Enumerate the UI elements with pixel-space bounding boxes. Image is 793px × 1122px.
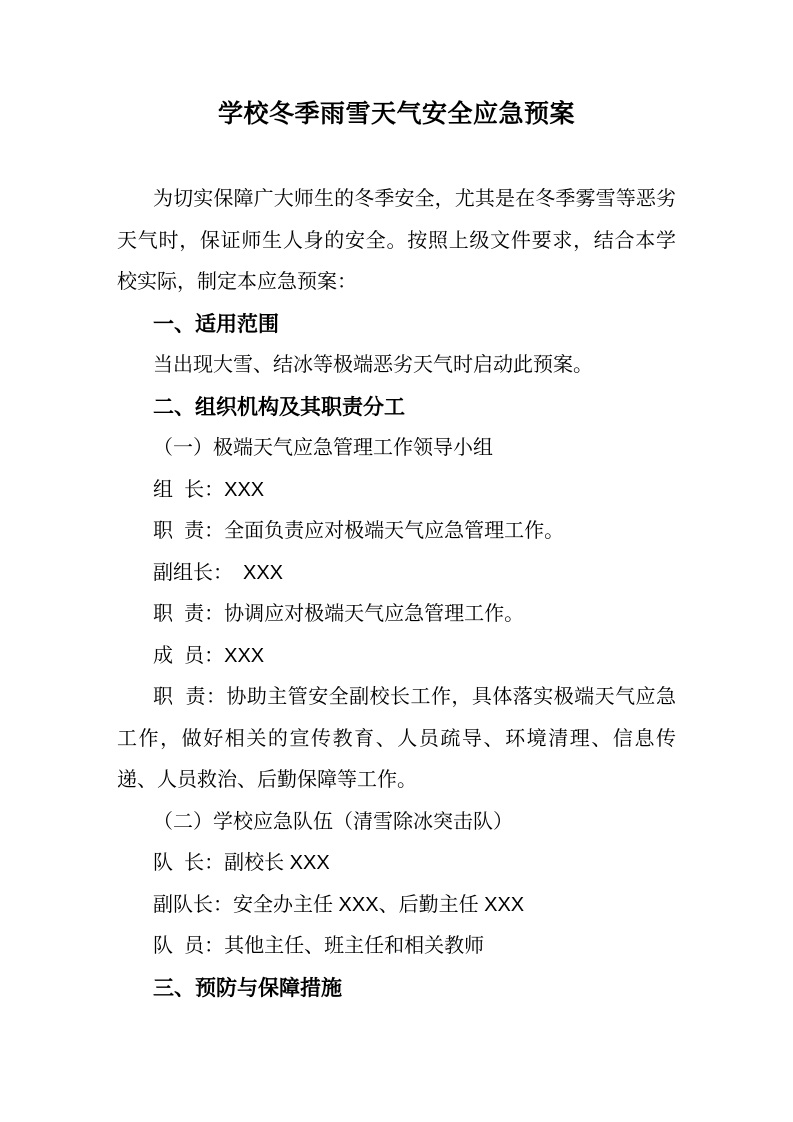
paragraph: 副组长： XXX	[117, 553, 676, 595]
paragraph: （一）极端天气应急管理工作领导小组	[117, 428, 676, 470]
document-body: 为切实保障广大师生的冬季安全，尤其是在冬季雾雪等恶劣天气时，保证师生人身的安全。…	[117, 179, 676, 1009]
paragraph: 职 责：全面负责应对极端天气应急管理工作。	[117, 511, 676, 553]
paragraph: 成 员：XXX	[117, 636, 676, 678]
document-title: 学校冬季雨雪天气安全应急预案	[0, 0, 793, 131]
section-heading: 三、预防与保障措施	[117, 968, 676, 1010]
paragraph: 职 责：协助主管安全副校长工作，具体落实极端天气应急工作，做好相关的宣传教育、人…	[117, 677, 676, 802]
paragraph: （二）学校应急队伍（清雪除冰突击队）	[117, 802, 676, 844]
paragraph: 队 员：其他主任、班主任和相关教师	[117, 926, 676, 968]
section-heading: 二、组织机构及其职责分工	[117, 387, 676, 429]
paragraph: 队 长：副校长 XXX	[117, 843, 676, 885]
document-page: 学校冬季雨雪天气安全应急预案 为切实保障广大师生的冬季安全，尤其是在冬季雾雪等恶…	[0, 0, 793, 1122]
paragraph: 组 长：XXX	[117, 470, 676, 512]
paragraph: 当出现大雪、结冰等极端恶劣天气时启动此预案。	[117, 345, 676, 387]
paragraph: 副队长：安全办主任 XXX、后勤主任 XXX	[117, 885, 676, 927]
section-heading: 一、适用范围	[117, 304, 676, 346]
paragraph: 职 责：协调应对极端天气应急管理工作。	[117, 594, 676, 636]
paragraph: 为切实保障广大师生的冬季安全，尤其是在冬季雾雪等恶劣天气时，保证师生人身的安全。…	[117, 179, 676, 304]
